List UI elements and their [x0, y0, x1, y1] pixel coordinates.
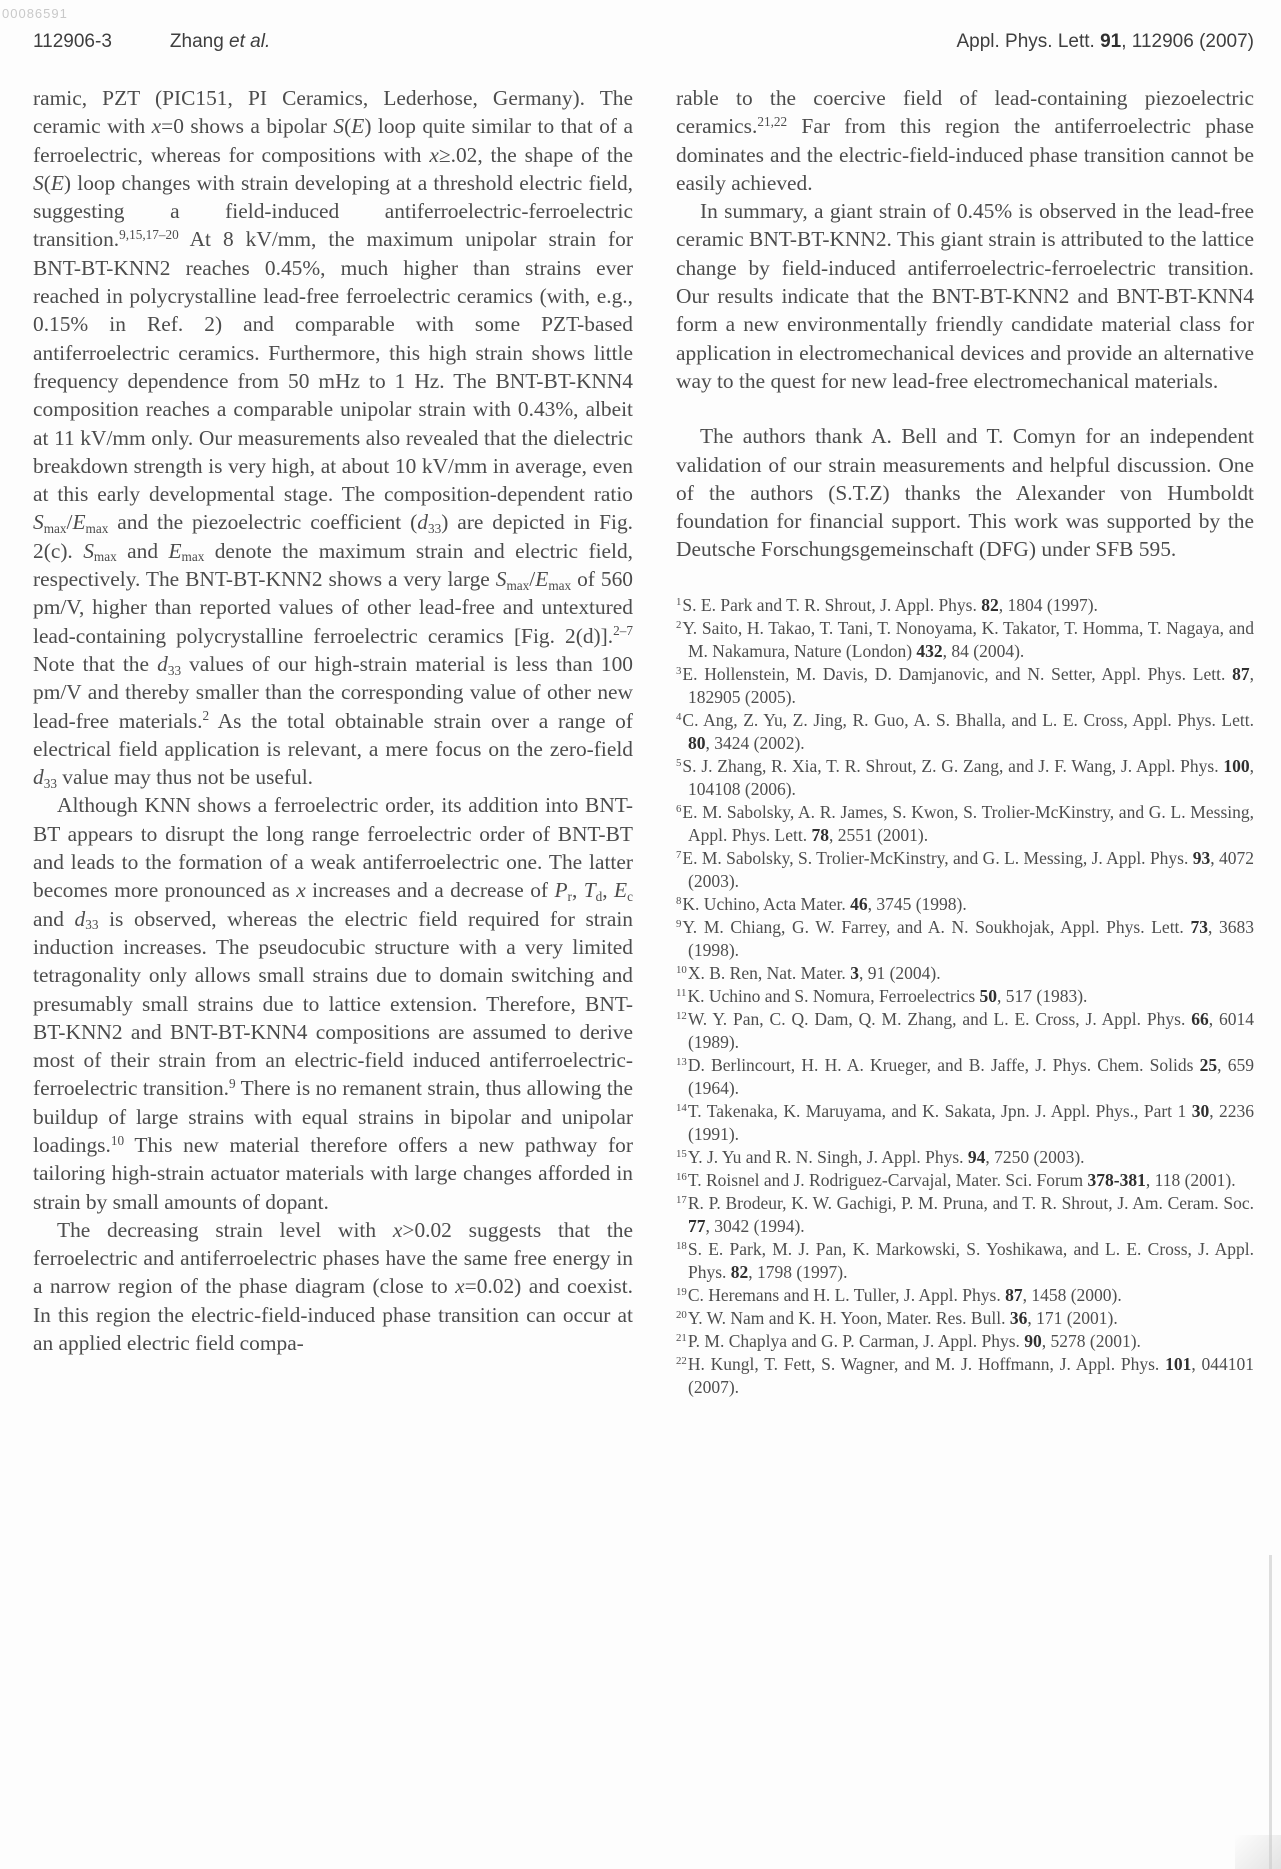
reference-number: 21	[676, 1332, 687, 1344]
reference-item: 17R. P. Brodeur, K. W. Gachigi, P. M. Pr…	[676, 1192, 1254, 1238]
citation-superscript: 2	[202, 708, 209, 723]
reference-item: 10X. B. Ren, Nat. Mater. 3, 91 (2004).	[676, 962, 1254, 985]
left-column: ramic, PZT (PIC151, PI Ceramics, Lederho…	[33, 84, 633, 1357]
reference-number: 20	[676, 1309, 687, 1321]
reference-number: 11	[676, 987, 686, 999]
references-section: 1S. E. Park and T. R. Shrout, J. Appl. P…	[676, 594, 1254, 1399]
body-paragraph: Although KNN shows a ferroelectric order…	[33, 791, 633, 1215]
scan-id-artifact: 00086591	[2, 6, 68, 21]
scan-corner-artifact	[1235, 1835, 1281, 1869]
citation-superscript: 9,15,17–20	[119, 227, 179, 242]
reference-number: 4	[676, 711, 681, 723]
reference-item: 15Y. J. Yu and R. N. Singh, J. Appl. Phy…	[676, 1146, 1254, 1169]
body-paragraph: The decreasing strain level with x>0.02 …	[33, 1216, 633, 1357]
reference-number: 14	[676, 1102, 687, 1114]
right-column-text: rable to the coercive field of lead-cont…	[676, 84, 1254, 564]
reference-number: 22	[676, 1355, 687, 1367]
citation-superscript: 10	[111, 1133, 124, 1148]
reference-number: 1	[676, 596, 681, 608]
reference-item: 11K. Uchino and S. Nomura, Ferroelectric…	[676, 985, 1254, 1008]
reference-number: 2	[676, 619, 681, 631]
body-paragraph: ramic, PZT (PIC151, PI Ceramics, Lederho…	[33, 84, 633, 791]
reference-item: 7E. M. Sabolsky, S. Trolier-McKinstry, a…	[676, 847, 1254, 893]
reference-item: 18S. E. Park, M. J. Pan, K. Markowski, S…	[676, 1238, 1254, 1284]
reference-item: 19C. Heremans and H. L. Tuller, J. Appl.…	[676, 1284, 1254, 1307]
reference-number: 19	[676, 1286, 687, 1298]
reference-item: 21P. M. Chaplya and G. P. Carman, J. App…	[676, 1330, 1254, 1353]
header-left: 112906-3Zhang et al.	[33, 31, 270, 53]
reference-number: 16	[676, 1171, 687, 1183]
scanned-paper-page: 00086591 112906-3Zhang et al. Appl. Phys…	[0, 0, 1281, 1869]
reference-number: 13	[676, 1056, 687, 1068]
reference-number: 10	[676, 964, 687, 976]
running-header: 112906-3Zhang et al. Appl. Phys. Lett. 9…	[33, 31, 1254, 53]
reference-item: 1S. E. Park and T. R. Shrout, J. Appl. P…	[676, 594, 1254, 617]
acknowledgment-paragraph: The authors thank A. Bell and T. Comyn f…	[676, 422, 1254, 563]
reference-number: 17	[676, 1194, 687, 1206]
reference-item: 2Y. Saito, H. Takao, T. Tani, T. Nonoyam…	[676, 617, 1254, 663]
reference-item: 9Y. M. Chiang, G. W. Farrey, and A. N. S…	[676, 916, 1254, 962]
reference-number: 8	[676, 895, 681, 907]
reference-item: 20Y. W. Nam and K. H. Yoon, Mater. Res. …	[676, 1307, 1254, 1330]
scan-edge-artifact	[1269, 1555, 1272, 1869]
reference-number: 6	[676, 803, 681, 815]
citation-superscript: 2–7	[613, 623, 633, 638]
reference-item: 4C. Ang, Z. Yu, Z. Jing, R. Guo, A. S. B…	[676, 709, 1254, 755]
reference-number: 9	[676, 918, 681, 930]
reference-number: 18	[676, 1240, 687, 1252]
reference-number: 7	[676, 849, 681, 861]
reference-item: 12W. Y. Pan, C. Q. Dam, Q. M. Zhang, and…	[676, 1008, 1254, 1054]
citation-superscript: 9	[229, 1076, 236, 1091]
reference-item: 8K. Uchino, Acta Mater. 46, 3745 (1998).	[676, 893, 1254, 916]
reference-item: 16T. Roisnel and J. Rodriguez-Carvajal, …	[676, 1169, 1254, 1192]
citation-superscript: 21,22	[757, 114, 787, 129]
page-id: 112906-3	[33, 31, 112, 52]
reference-number: 5	[676, 757, 681, 769]
reference-item: 22H. Kungl, T. Fett, S. Wagner, and M. J…	[676, 1353, 1254, 1399]
authors-short: Zhang et al.	[170, 31, 270, 52]
right-column: rable to the coercive field of lead-cont…	[676, 84, 1254, 1399]
reference-number: 3	[676, 665, 681, 677]
reference-item: 3E. Hollenstein, M. Davis, D. Damjanovic…	[676, 663, 1254, 709]
reference-item: 13D. Berlincourt, H. H. A. Krueger, and …	[676, 1054, 1254, 1100]
reference-number: 15	[676, 1148, 687, 1160]
reference-item: 5S. J. Zhang, R. Xia, T. R. Shrout, Z. G…	[676, 755, 1254, 801]
reference-item: 14T. Takenaka, K. Maruyama, and K. Sakat…	[676, 1100, 1254, 1146]
reference-item: 6E. M. Sabolsky, A. R. James, S. Kwon, S…	[676, 801, 1254, 847]
body-paragraph: In summary, a giant strain of 0.45% is o…	[676, 197, 1254, 395]
reference-number: 12	[676, 1010, 687, 1022]
journal-citation: Appl. Phys. Lett. 91, 112906 (2007)	[956, 31, 1254, 53]
body-paragraph: rable to the coercive field of lead-cont…	[676, 84, 1254, 197]
